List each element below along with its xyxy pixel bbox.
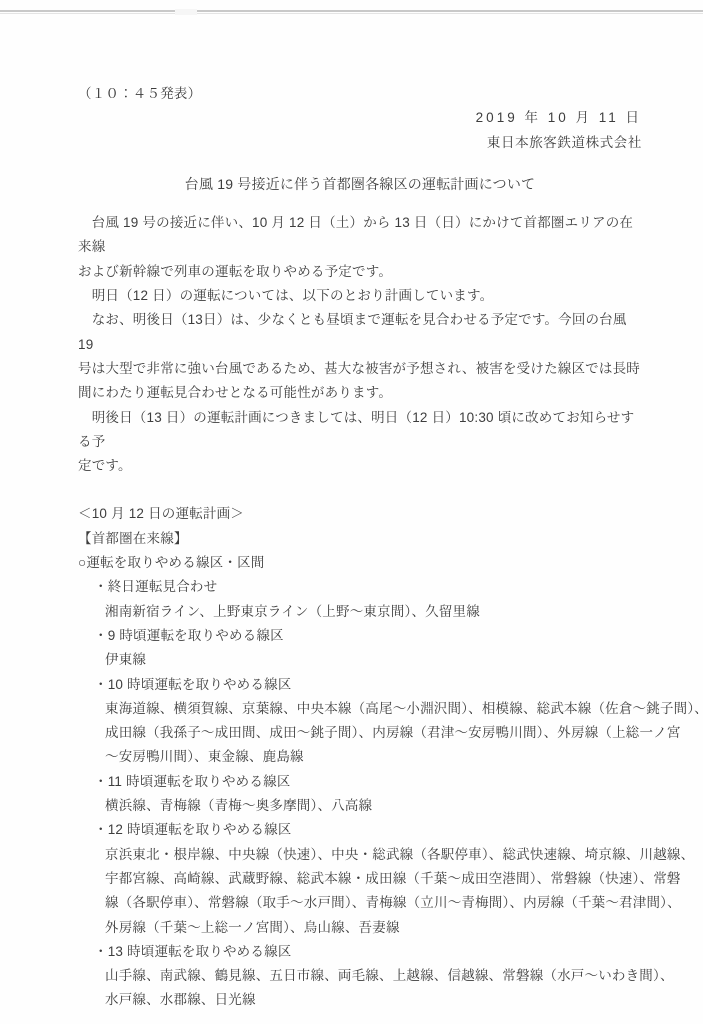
plan-group-13h: ・13 時頃運転を取りやめる線区 山手線、南武線、鶴見線、五日市線、両毛線、上越…	[78, 940, 642, 1013]
body-paragraphs: 台風 19 号の接近に伴い、10 月 12 日（土）から 13 日（日）にかけて…	[78, 211, 642, 478]
plan-group-9h: ・9 時頃運転を取りやめる線区 伊東線	[78, 624, 642, 673]
document-page: （１０：４５発表） 2019 年 10 月 11 日 東日本旅客鉄道株式会社 台…	[0, 0, 703, 1024]
body-line: 明後日（13 日）の運転計画につきましては、明日（12 日）10:30 頃に改め…	[78, 406, 642, 455]
plan-group-all-day: ・終日運転見合わせ 湘南新宿ライン、上野東京ライン（上野～東京間）、久留里線	[78, 575, 642, 624]
body-line: 台風 19 号の接近に伴い、10 月 12 日（土）から 13 日（日）にかけて…	[78, 211, 642, 260]
plan-group-line: 山手線、南武線、鶴見線、五日市線、両毛線、上越線、信越線、常磐線（水戸～いわき間…	[78, 964, 642, 988]
plan-group-line: 外房線（千葉～上総一ノ宮間）、烏山線、吾妻線	[78, 916, 642, 940]
plan-group-label: ・13 時頃運転を取りやめる線区	[78, 940, 642, 964]
plan-group-label: ・11 時頃運転を取りやめる線区	[78, 770, 642, 794]
scan-artifact-line-secondary	[0, 13, 703, 14]
plan-group-line: 湘南新宿ライン、上野東京ライン（上野～東京間）、久留里線	[78, 600, 642, 624]
document-date: 2019 年 10 月 11 日	[78, 106, 642, 130]
body-line: 号は大型で非常に強い台風であるため、甚大な被害が予想され、被害を受けた線区では長…	[78, 357, 642, 381]
plan-group-line: 成田線（我孫子～成田間、成田～銚子間）、内房線（君津～安房鴨川間）、外房線（上総…	[78, 721, 642, 745]
plan-group-line: 伊東線	[78, 648, 642, 672]
plan-group-label: ・9 時頃運転を取りやめる線区	[78, 624, 642, 648]
operation-plan-section: ＜10 月 12 日の運転計画＞ 【首都圏在来線】 ○運転を取りやめる線区・区間…	[78, 502, 642, 1012]
body-line: 間にわたり運転見合わせとなる可能性があります。	[78, 381, 642, 405]
body-line: なお、明後日（13日）は、少なくとも昼頃まで運転を見合わせる予定です。今回の台風…	[78, 308, 642, 357]
body-line: 明日（12 日）の運転については、以下のとおり計画しています。	[78, 284, 642, 308]
company-name: 東日本旅客鉄道株式会社	[78, 131, 642, 155]
plan-group-line: 東海道線、横須賀線、京葉線、中央本線（高尾～小淵沢間）、相模線、総武本線（佐倉～…	[78, 697, 642, 721]
plan-group-line: 京浜東北・根岸線、中央線（快速）、中央・総武線（各駅停車）、総武快速線、埼京線、…	[78, 843, 642, 867]
scan-artifact-line	[0, 10, 703, 12]
plan-heading: ＜10 月 12 日の運転計画＞	[78, 502, 642, 526]
scan-artifact-gap	[175, 9, 197, 15]
plan-category: 【首都圏在来線】	[78, 527, 642, 551]
plan-list-title: ○運転を取りやめる線区・区間	[78, 551, 642, 575]
plan-group-12h: ・12 時頃運転を取りやめる線区 京浜東北・根岸線、中央線（快速）、中央・総武線…	[78, 818, 642, 939]
plan-group-label: ・10 時頃運転を取りやめる線区	[78, 673, 642, 697]
plan-group-label: ・終日運転見合わせ	[78, 575, 642, 599]
plan-group-line: 線（各駅停車）、常磐線（取手～水戸間）、青梅線（立川～青梅間）、内房線（千葉～君…	[78, 891, 642, 915]
document-content: （１０：４５発表） 2019 年 10 月 11 日 東日本旅客鉄道株式会社 台…	[78, 82, 642, 1013]
document-title: 台風 19 号接近に伴う首都圏各線区の運転計画について	[78, 172, 642, 196]
plan-group-line: 横浜線、青梅線（青梅～奥多摩間）、八高線	[78, 794, 642, 818]
plan-group-11h: ・11 時頃運転を取りやめる線区 横浜線、青梅線（青梅～奥多摩間）、八高線	[78, 770, 642, 819]
release-time-note: （１０：４５発表）	[78, 82, 642, 106]
plan-group-label: ・12 時頃運転を取りやめる線区	[78, 818, 642, 842]
plan-group-line: 水戸線、水郡線、日光線	[78, 988, 642, 1012]
plan-group-line: 宇都宮線、高崎線、武蔵野線、総武本線・成田線（千葉～成田空港間）、常磐線（快速）…	[78, 867, 642, 891]
plan-group-line: ～安房鴨川間）、東金線、鹿島線	[78, 745, 642, 769]
body-line: 定です。	[78, 454, 642, 478]
body-line: および新幹線で列車の運転を取りやめる予定です。	[78, 260, 642, 284]
plan-group-10h: ・10 時頃運転を取りやめる線区 東海道線、横須賀線、京葉線、中央本線（高尾～小…	[78, 673, 642, 770]
